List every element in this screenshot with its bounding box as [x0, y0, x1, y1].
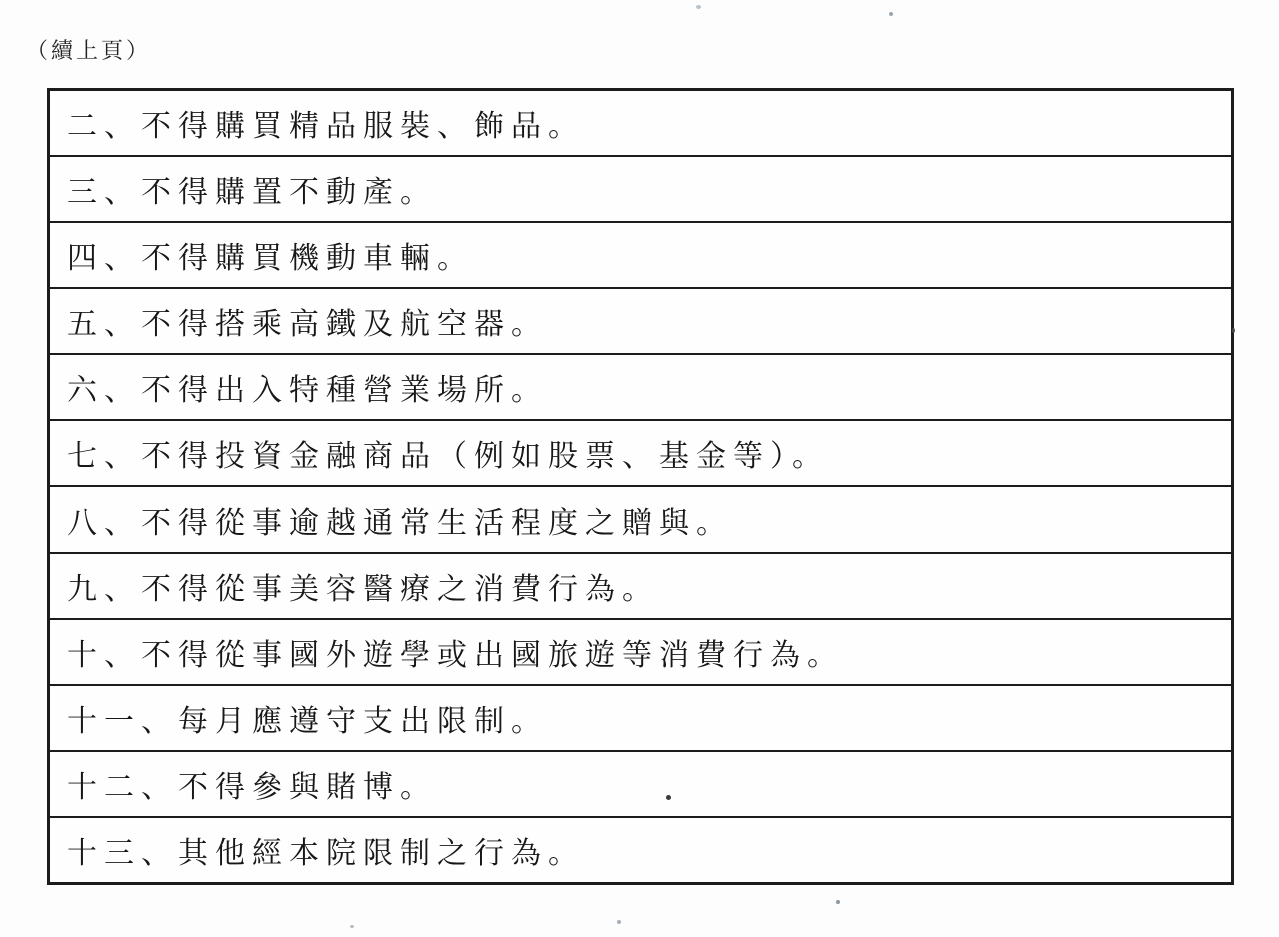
table-row: 三、不得購置不動產。 — [50, 155, 1231, 221]
scan-speck — [617, 920, 621, 924]
scan-speck — [1232, 328, 1235, 333]
table-row: 十三、其他經本院限制之行為。 — [50, 816, 1231, 882]
scan-speck — [836, 900, 840, 904]
table-row: 十二、不得參與賭博。 — [50, 750, 1231, 816]
scan-speck — [889, 12, 893, 16]
scan-speck — [696, 5, 701, 9]
scanned-document-page: { "page": { "continuation_note": "（續上頁）"… — [0, 0, 1279, 937]
table-row: 七、不得投資金融商品（例如股票、基金等）。 — [50, 419, 1231, 485]
table-row: 十一、每月應遵守支出限制。 — [50, 684, 1231, 750]
table-row: 八、不得從事逾越通常生活程度之贈與。 — [50, 485, 1231, 551]
table-row: 九、不得從事美容醫療之消費行為。 — [50, 552, 1231, 618]
table-row: 十、不得從事國外遊學或出國旅遊等消費行為。 — [50, 618, 1231, 684]
table-row: 四、不得購買機動車輛。 — [50, 221, 1231, 287]
scan-speck — [666, 795, 671, 800]
table-row: 二、不得購買精品服裝、飾品。 — [50, 91, 1231, 155]
table-row: 五、不得搭乘高鐵及航空器。 — [50, 287, 1231, 353]
continuation-note: （續上頁） — [26, 34, 151, 65]
scan-speck — [350, 925, 354, 928]
restrictions-table: 二、不得購買精品服裝、飾品。 三、不得購置不動產。 四、不得購買機動車輛。 五、… — [47, 88, 1234, 885]
table-row: 六、不得出入特種營業場所。 — [50, 353, 1231, 419]
